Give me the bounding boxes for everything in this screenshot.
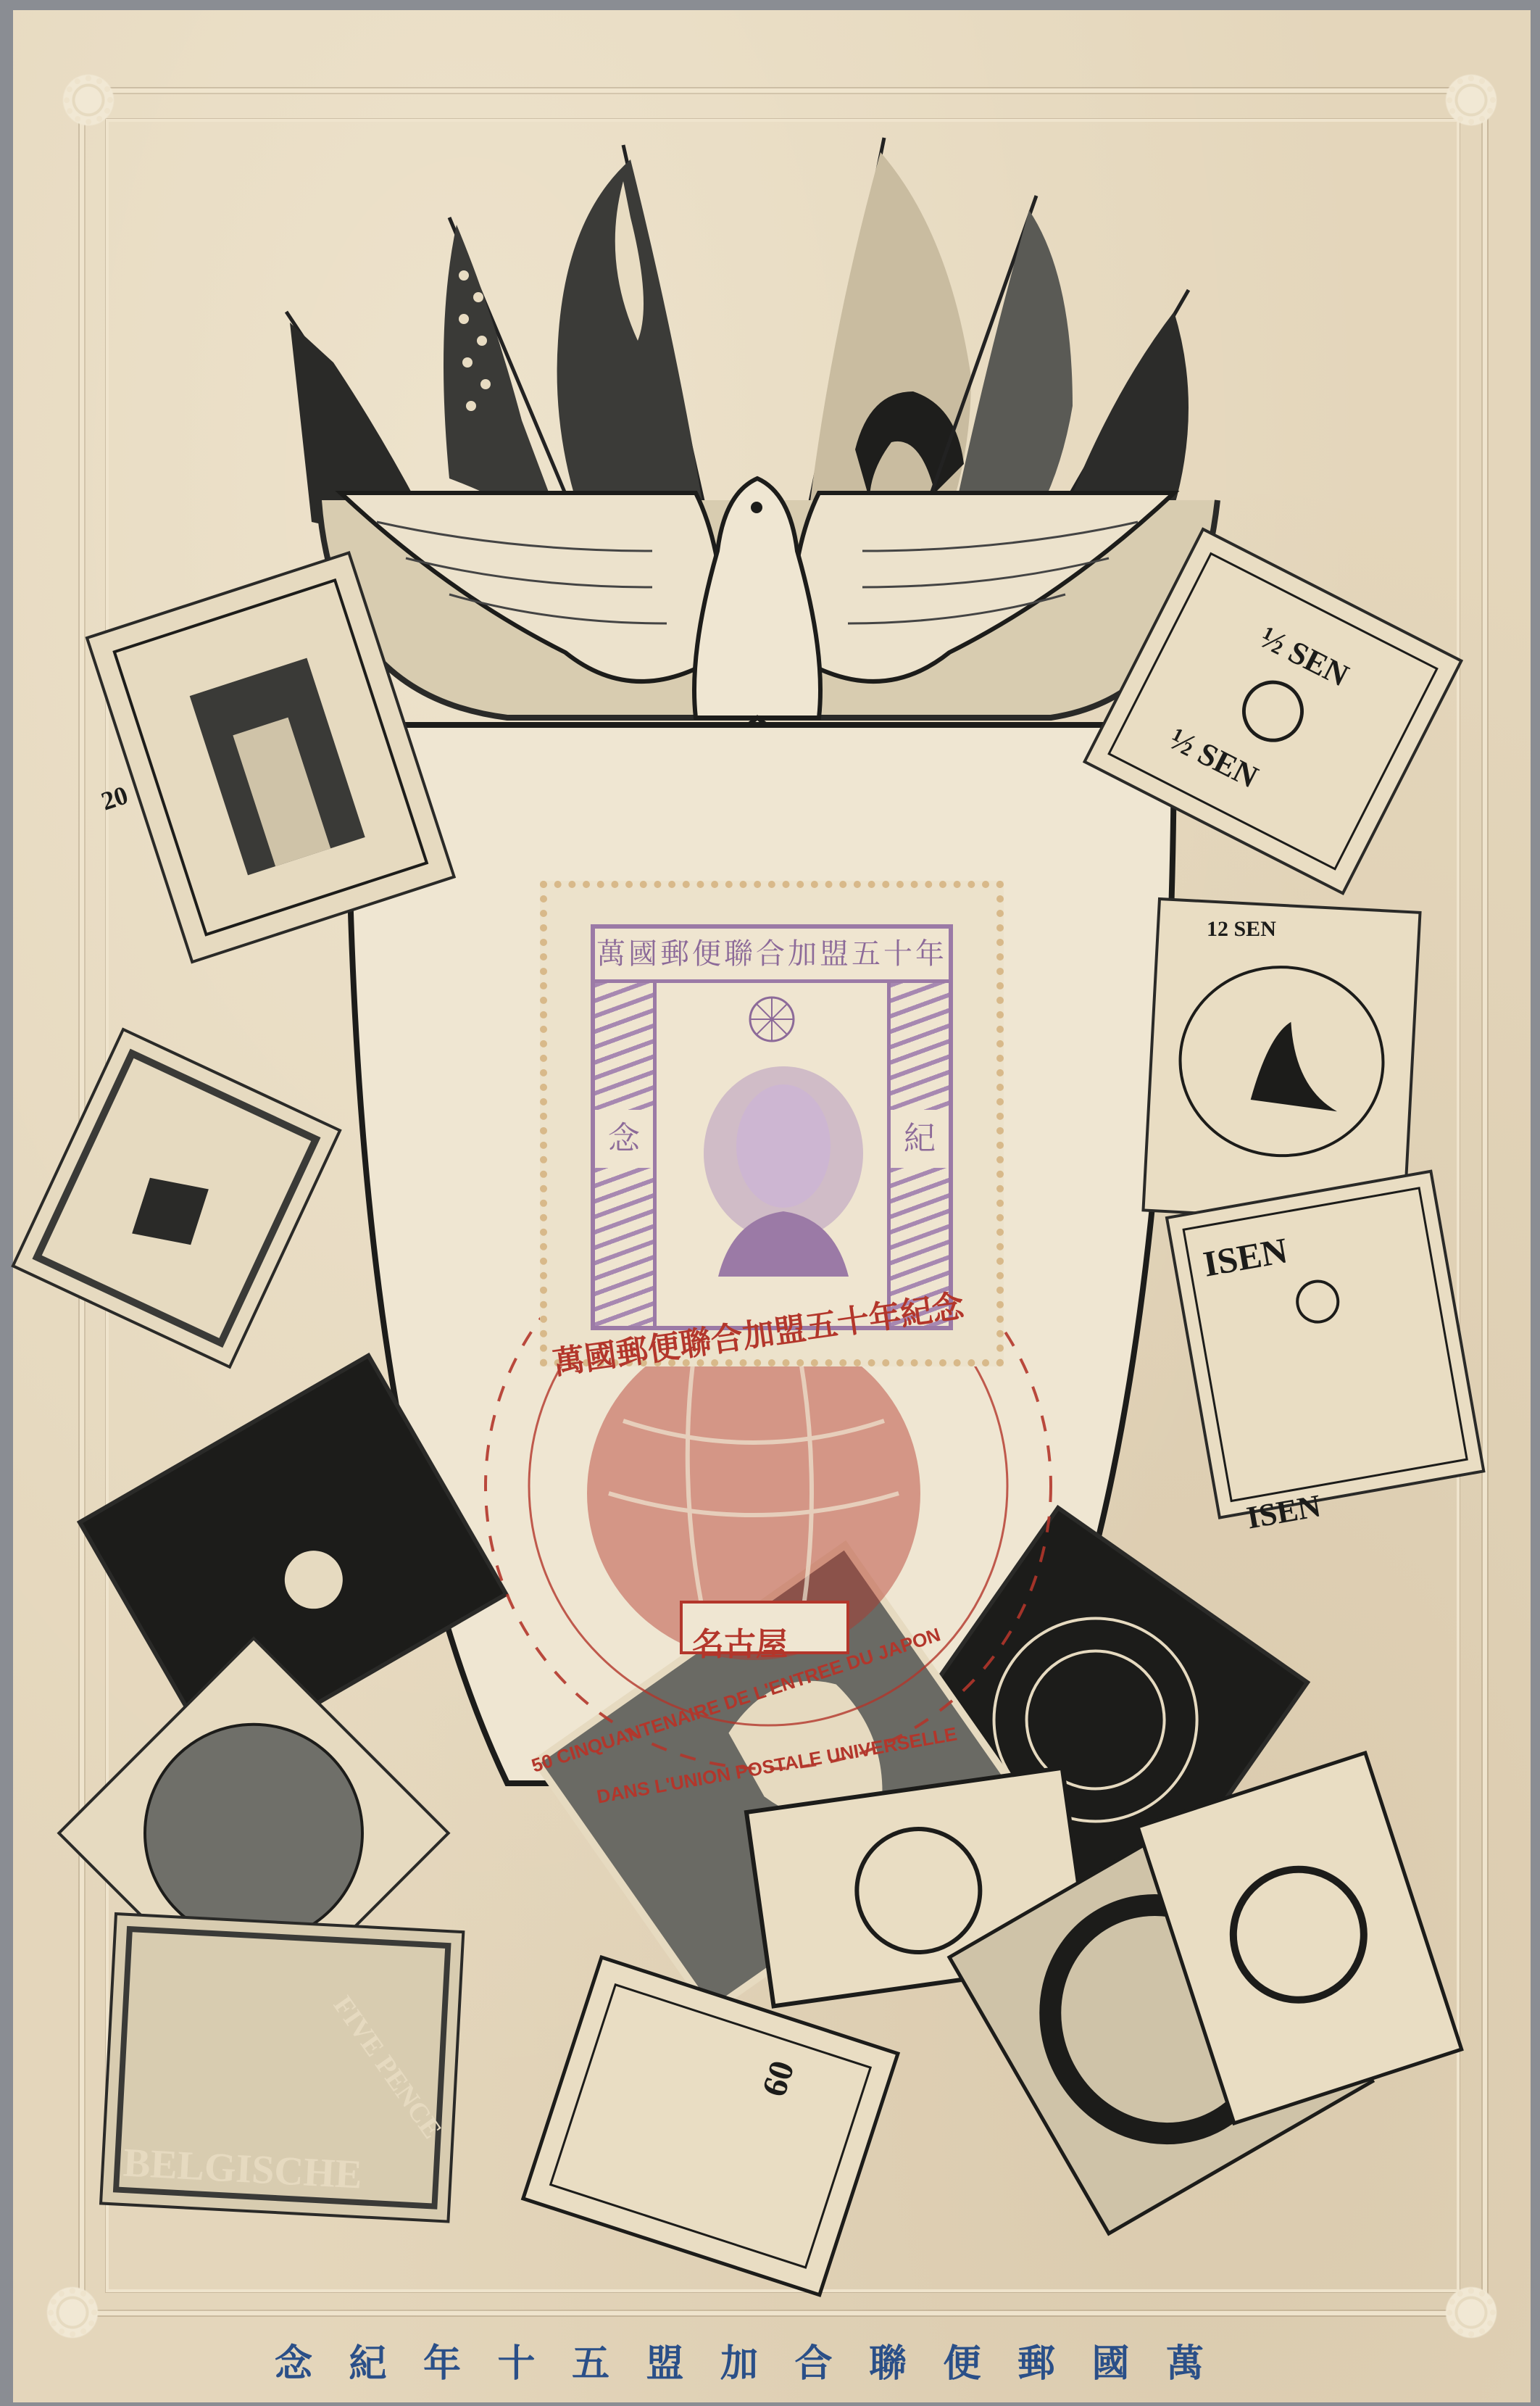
postmark-city: 名古屋: [692, 1618, 788, 1664]
stamp-twelve-sen: [1143, 899, 1420, 1224]
portrait-icon: [689, 1059, 878, 1277]
stamp-hungary: [523, 1957, 898, 2295]
central-stamp-right-char: 紀: [891, 1110, 949, 1168]
central-stamp-top-text: 萬國郵便聯合加盟五十年: [595, 929, 949, 983]
caption-char: 念: [261, 2333, 326, 2387]
caption-char: 加: [707, 2333, 772, 2387]
postcard-caption: 念 紀 年 十 五 盟 加 合 聯 便 郵 國 萬: [261, 2333, 1218, 2387]
caption-char: 盟: [633, 2333, 698, 2387]
caption-char: 五: [558, 2333, 623, 2387]
caption-char: 聯: [855, 2333, 920, 2387]
chrysanthemum-crest-icon: [746, 994, 797, 1045]
caption-char: 紀: [336, 2333, 401, 2387]
caption-char: 年: [409, 2333, 475, 2387]
caption-char: 合: [781, 2333, 846, 2387]
stamp-one-sen: [1167, 1171, 1483, 1518]
caption-char: 便: [930, 2333, 995, 2387]
stamp-china: [13, 1029, 340, 1367]
caption-char: 萬: [1152, 2333, 1218, 2387]
stamp-label: 12 SEN: [1207, 917, 1276, 942]
caption-char: 郵: [1004, 2333, 1069, 2387]
caption-char: 國: [1078, 2333, 1144, 2387]
caption-char: 十: [484, 2333, 549, 2387]
central-stamp-left-char: 念: [595, 1110, 653, 1168]
